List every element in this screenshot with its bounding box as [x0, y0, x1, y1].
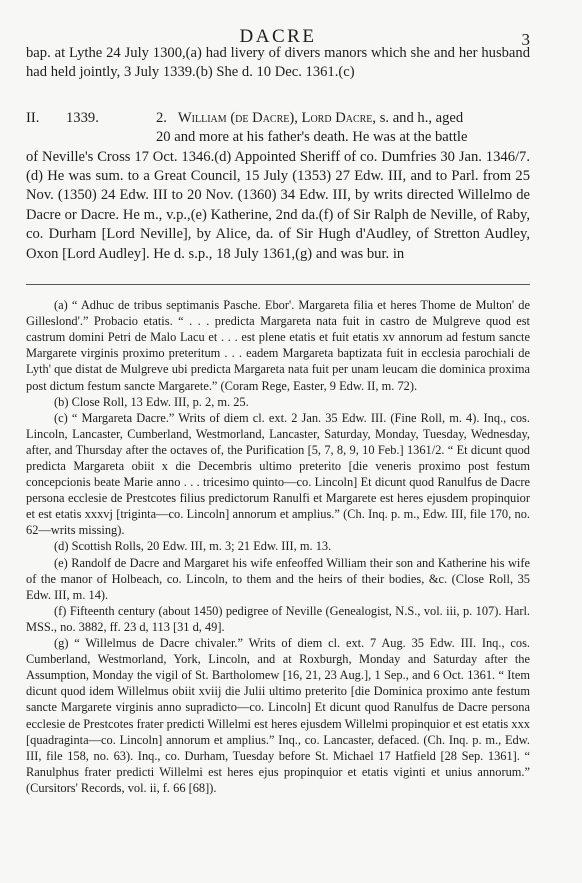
entry-body: of Neville's Cross 17 Oct. 1346.(d) Appo… [26, 148, 530, 264]
main-text: bap. at Lythe 24 July 1300,(a) had liver… [26, 44, 530, 264]
footnote-text: Randolf de Dacre and Margaret his wife e… [26, 556, 530, 602]
footnote-d: (d) Scottish Rolls, 20 Edw. III, m. 3; 2… [26, 538, 530, 554]
entry-first-line: 2. William (de Dacre), Lord Dacre, s. an… [156, 109, 530, 128]
page: DACRE 3 bap. at Lythe 24 July 1300,(a) h… [26, 0, 530, 796]
footnote-mark: b [58, 395, 64, 409]
entry-name: William (de Dacre), Lord Dacre [178, 110, 373, 126]
entry-second-line: 20 and more at his father's death. He wa… [26, 128, 530, 147]
footnote-c: (c) “ Margareta Dacre.” Writs of diem cl… [26, 410, 530, 539]
running-head: DACRE [26, 26, 530, 48]
footnote-mark: d [58, 539, 64, 553]
footnote-mark: g [58, 636, 64, 650]
footnote-divider [26, 284, 530, 285]
entry-first-line-rest: , s. and h., aged [372, 110, 463, 126]
footnote-b: (b) Close Roll, 13 Edw. III, p. 2, m. 25… [26, 394, 530, 410]
footnote-text: “ Adhuc de tribus septimanis Pasche. Ebo… [26, 298, 530, 392]
page-header: DACRE 3 [26, 0, 530, 44]
continuation-paragraph: bap. at Lythe 24 July 1300,(a) had liver… [26, 44, 530, 83]
footnote-text: Scottish Rolls, 20 Edw. III, m. 3; 21 Ed… [72, 539, 332, 553]
footnote-text: Fifteenth century (about 1450) pedigree … [26, 604, 530, 634]
footnotes: (a) “ Adhuc de tribus septimanis Pasche.… [26, 297, 530, 796]
page-number: 3 [522, 30, 531, 50]
footnote-text: “ Willelmus de Dacre chivaler.” Writs of… [26, 636, 530, 795]
entry-heading-line: II. 1339. 2. William (de Dacre), Lord Da… [26, 109, 530, 128]
footnote-g: (g) “ Willelmus de Dacre chivaler.” Writ… [26, 635, 530, 796]
footnote-e: (e) Randolf de Dacre and Margaret his wi… [26, 555, 530, 603]
peerage-entry: II. 1339. 2. William (de Dacre), Lord Da… [26, 109, 530, 264]
footnote-text: Close Roll, 13 Edw. III, p. 2, m. 25. [72, 395, 249, 409]
entry-number: II. [26, 109, 66, 128]
footnote-f: (f) Fifteenth century (about 1450) pedig… [26, 603, 530, 635]
footnote-mark: a [58, 298, 64, 312]
footnote-a: (a) “ Adhuc de tribus septimanis Pasche.… [26, 297, 530, 394]
entry-year: 1339. [66, 109, 156, 128]
entry-ordinal: 2. [156, 110, 167, 126]
footnote-mark: c [58, 411, 64, 425]
footnote-mark: f [58, 604, 62, 618]
footnote-text: “ Margareta Dacre.” Writs of diem cl. ex… [26, 411, 530, 538]
footnote-mark: e [58, 556, 64, 570]
